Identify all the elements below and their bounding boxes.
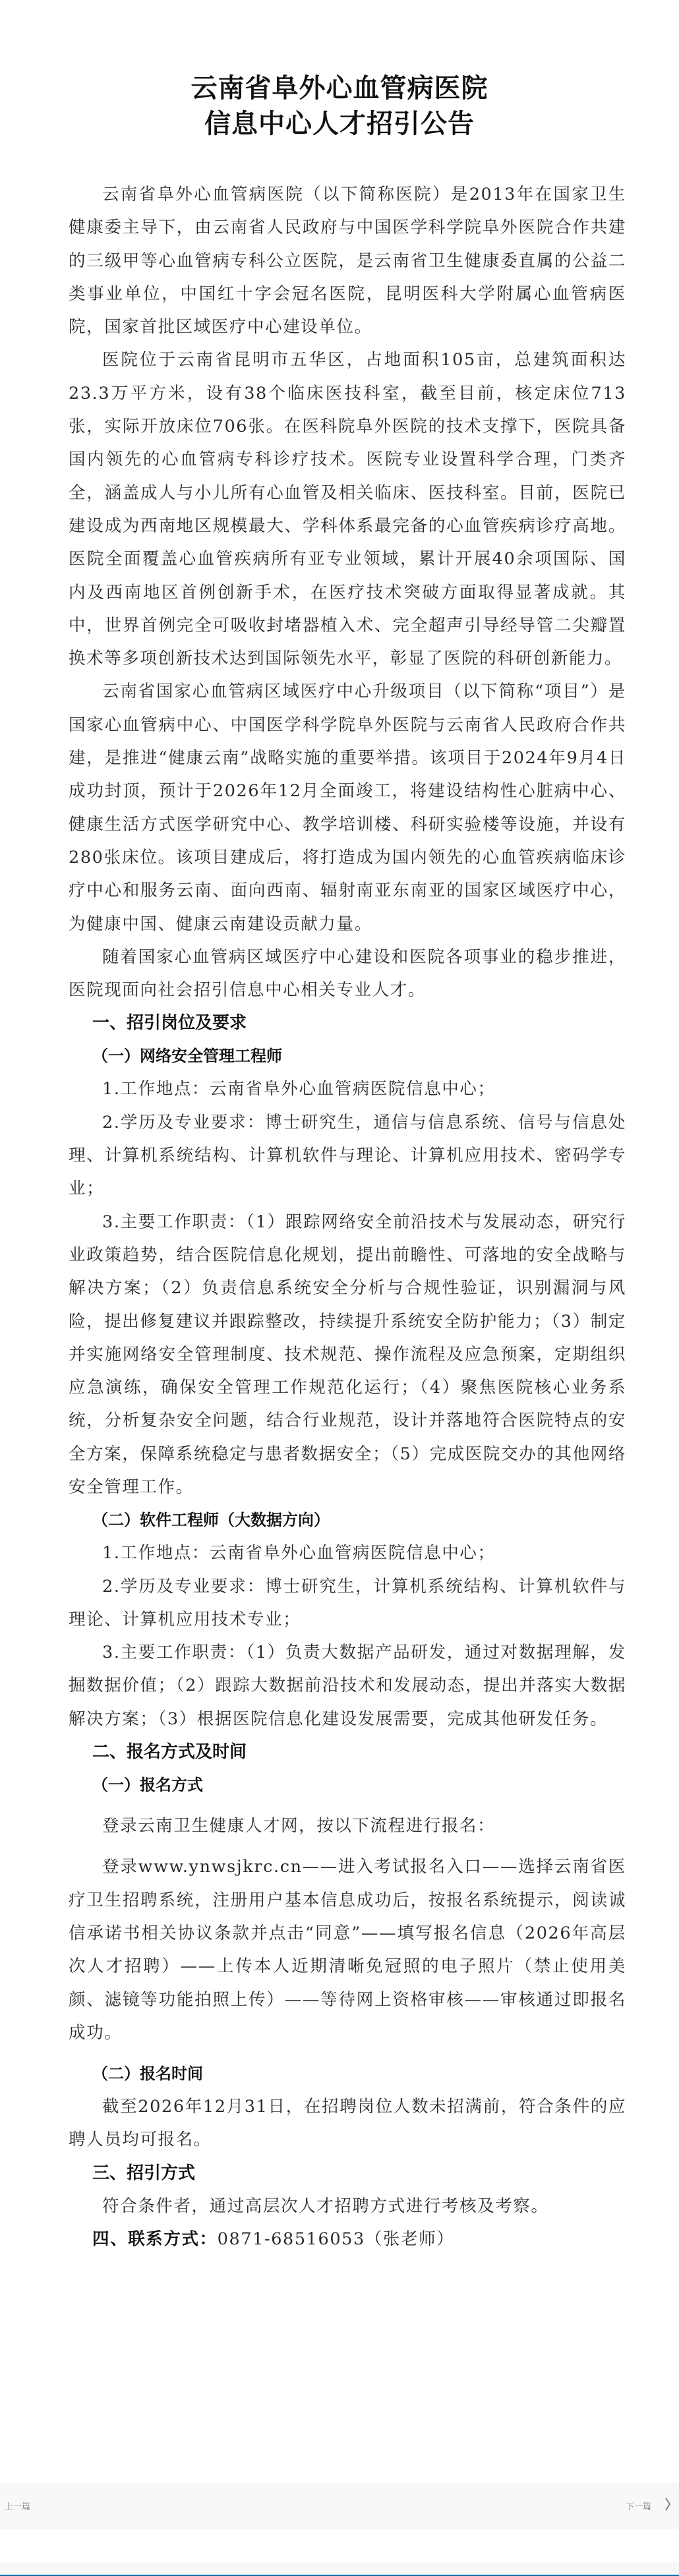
registration-method-heading: （一）报名方式 [69, 1769, 626, 1801]
title-line-1: 云南省阜外心血管病医院 [0, 71, 679, 106]
title-line-2: 信息中心人才招引公告 [0, 106, 679, 142]
article-navigation: 上一篇 下一篇 [0, 2483, 679, 2529]
article-body: 云南省阜外心血管病医院（以下简称医院）是2013年在国家卫生健康委主导下，由云南… [69, 178, 626, 2256]
intro-paragraph-2: 医院位于云南省昆明市五华区，占地面积105亩，总建筑面积达23.3万平方米，设有… [69, 343, 626, 675]
section-heading-positions: 一、招引岗位及要求 [69, 1007, 626, 1039]
section-heading-registration: 二、报名方式及时间 [69, 1736, 626, 1769]
footer-strip [0, 2562, 679, 2575]
position-heading-software-engineer: （二）软件工程师（大数据方向） [69, 1504, 626, 1537]
contact-phone: 0871-68516053（张老师） [218, 2229, 455, 2249]
registration-time-text: 截至2026年12月31日，在招聘岗位人数未招满前，符合条件的应聘人员均可报名。 [69, 2090, 626, 2157]
registration-lead: 登录云南卫生健康人才网，按以下流程进行报名： [69, 1809, 626, 1842]
next-article-link[interactable]: 下一篇 [626, 2500, 651, 2512]
position2-education: 2.学历及专业要求：博士研究生，计算机系统结构、计算机软件与理论、计算机应用技术… [69, 1570, 626, 1637]
position1-education: 2.学历及专业要求：博士研究生，通信与信息系统、信号与信息处理、计算机系统结构、… [69, 1106, 626, 1206]
position-heading-network-security: （一）网络安全管理工程师 [69, 1039, 626, 1072]
recruitment-method-text: 符合条件者，通过高层次人才招聘方式进行考核及考察。 [69, 2190, 626, 2223]
page-title: 云南省阜外心血管病医院 信息中心人才招引公告 [0, 71, 679, 142]
position2-location: 1.工作地点：云南省阜外心血管病医院信息中心； [69, 1537, 626, 1569]
position1-location: 1.工作地点：云南省阜外心血管病医院信息中心； [69, 1072, 626, 1105]
registration-steps: 登录www.ynwsjkrc.cn——进入考试报名入口——选择云南省医疗卫生招聘… [69, 1850, 626, 2049]
contact-label: 四、联系方式： [92, 2229, 218, 2249]
chevron-right-icon[interactable] [664, 2496, 671, 2512]
intro-paragraph-4: 随着国家心血管病区域医疗中心建设和医院各项事业的稳步推进，医院现面向社会招引信息… [69, 941, 626, 1007]
prev-article-link[interactable]: 上一篇 [5, 2500, 30, 2512]
contact-line: 四、联系方式：0871-68516053（张老师） [69, 2223, 626, 2256]
registration-time-heading: （二）报名时间 [69, 2057, 626, 2090]
intro-paragraph-1: 云南省阜外心血管病医院（以下简称医院）是2013年在国家卫生健康委主导下，由云南… [69, 178, 626, 343]
section-heading-method: 三、招引方式 [69, 2157, 626, 2190]
intro-paragraph-3: 云南省国家心血管病区域医疗中心升级项目（以下简称“项目”）是国家心血管病中心、中… [69, 675, 626, 940]
position1-duties: 3.主要工作职责：（1）跟踪网络安全前沿技术与发展动态，研究行业政策趋势，结合医… [69, 1206, 626, 1504]
position2-duties: 3.主要工作职责：（1）负责大数据产品研发，通过对数据理解，发掘数据价值；（2）… [69, 1636, 626, 1736]
